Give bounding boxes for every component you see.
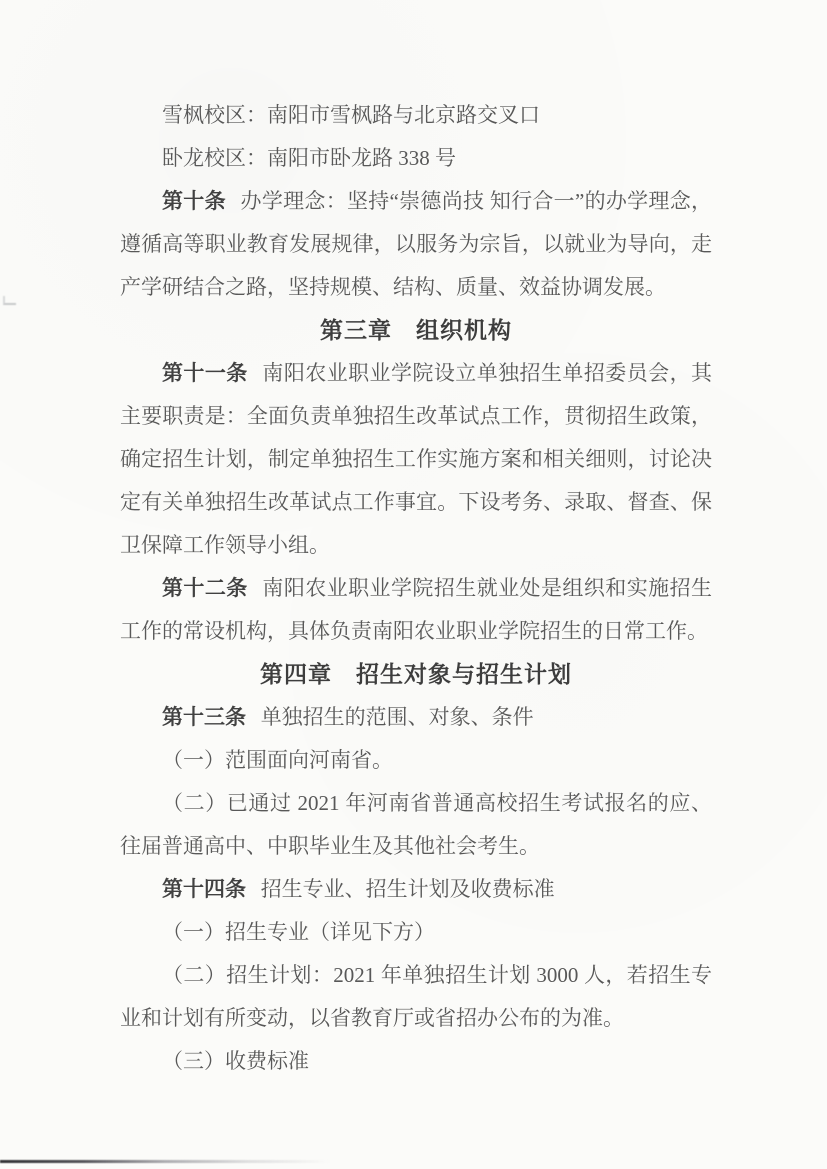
paragraph-text: 南阳农业职业学院设立单独招生单招委员会，其主要职责是：全面负责单独招生改革试点工… — [120, 361, 712, 557]
paragraph-article-12: 第十二条南阳农业职业学院招生就业处是组织和实施招生工作的常设机构，具体负责南阳农… — [120, 567, 712, 653]
chapter-heading-3: 第三章 组织机构 — [120, 309, 712, 352]
paragraph: 雪枫校区：南阳市雪枫路与北京路交叉口 — [120, 94, 712, 137]
paragraph-text: （一）招生专业（详见下方） — [162, 920, 435, 944]
paragraph-text: 雪枫校区：南阳市雪枫路与北京路交叉口 — [162, 103, 540, 127]
paragraph-text: （二）已通过 2021 年河南省普通高校招生考试报名的应、往届普通高中、中职毕业… — [120, 791, 712, 858]
paragraph-text: 卧龙校区：南阳市卧龙路 338 号 — [162, 146, 456, 170]
paragraph-list-item: （三）收费标准 — [120, 1040, 712, 1083]
article-number-label: 第十三条 — [162, 706, 246, 729]
article-number-label: 第十一条 — [162, 362, 248, 385]
paragraph-list-item: （二）招生计划：2021 年单独招生计划 3000 人，若招生专业和计划有所变动… — [120, 954, 712, 1040]
paragraph-text: （三）收费标准 — [162, 1049, 309, 1073]
paragraph-article-10: 第十条办学理念：坚持“崇德尚技 知行合一”的办学理念，遵循高等职业教育发展规律，… — [120, 180, 712, 309]
paragraph-list-item: （二）已通过 2021 年河南省普通高校招生考试报名的应、往届普通高中、中职毕业… — [120, 782, 712, 868]
scan-artifact-bottom-edge — [0, 1160, 330, 1163]
document-body: 雪枫校区：南阳市雪枫路与北京路交叉口 卧龙校区：南阳市卧龙路 338 号 第十条… — [120, 94, 712, 1083]
article-number-label: 第十二条 — [162, 577, 248, 600]
paragraph-list-item: （一）范围面向河南省。 — [120, 739, 712, 782]
paragraph-text: （一）范围面向河南省。 — [162, 748, 393, 772]
paragraph-article-14: 第十四条招生专业、招生计划及收费标准 — [120, 868, 712, 911]
article-number-label: 第十条 — [162, 190, 226, 213]
paragraph-article-11: 第十一条南阳农业职业学院设立单独招生单招委员会，其主要职责是：全面负责单独招生改… — [120, 352, 712, 567]
paragraph-text: （二）招生计划：2021 年单独招生计划 3000 人，若招生专业和计划有所变动… — [120, 963, 712, 1030]
paragraph-list-item: （一）招生专业（详见下方） — [120, 911, 712, 954]
paragraph-text: 招生专业、招生计划及收费标准 — [261, 877, 555, 901]
scan-artifact-margin-mark — [3, 296, 16, 305]
scanned-document-page: 雪枫校区：南阳市雪枫路与北京路交叉口 卧龙校区：南阳市卧龙路 338 号 第十条… — [0, 0, 827, 1169]
paragraph-text: 单独招生的范围、对象、条件 — [261, 705, 534, 729]
paragraph: 卧龙校区：南阳市卧龙路 338 号 — [120, 137, 712, 180]
paragraph-article-13: 第十三条单独招生的范围、对象、条件 — [120, 696, 712, 739]
article-number-label: 第十四条 — [162, 878, 246, 901]
chapter-heading-4: 第四章 招生对象与招生计划 — [120, 653, 712, 696]
